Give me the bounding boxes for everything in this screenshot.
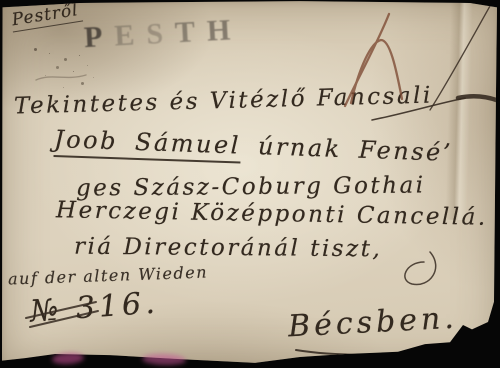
tiszt-loop (405, 252, 436, 285)
ink-speckles (34, 48, 37, 51)
destination-underline-tail (448, 353, 462, 359)
address-line-2-rest: úrnak Fensé’ (240, 132, 453, 167)
house-number: № 316. (29, 289, 160, 328)
address-line-2: Joob Sámuel úrnak Fensé’ (54, 127, 454, 165)
postmark-letter: E (114, 18, 148, 54)
postmark-pesth: PESTH (83, 13, 243, 55)
photo-backdrop: Pestről PESTH Tekintetes és Vitézlő Fanc… (0, 0, 500, 368)
address-line-1: Tekintetes és Vitézlő Fancsali (14, 85, 433, 119)
paper-crease (445, 0, 473, 220)
destination-underline-2 (356, 356, 458, 361)
destination-city: Bécsben. (287, 304, 458, 343)
recipient-name: Joob Sámuel (53, 125, 241, 164)
faint-smudge-wave (36, 75, 86, 80)
postmark-letter: T (174, 15, 208, 51)
cover-paper: Pestről PESTH Tekintetes és Vitézlő Fanc… (0, 0, 500, 368)
postmark-letter: H (206, 13, 243, 49)
address-line-3: ges Szász-Coburg Gothai (76, 174, 426, 200)
street-note: auf der alten Wieden (8, 265, 208, 288)
origin-note: Pestről (10, 2, 83, 33)
address-line-5: riá Directoránál tiszt, (74, 236, 382, 262)
seal-smudge (142, 353, 186, 366)
postmark-letter: S (145, 16, 175, 51)
postmark-letter: P (83, 20, 115, 56)
destination-underline-1 (296, 346, 468, 355)
address-line-4: Herczegi Középponti Cancellá. (56, 199, 488, 230)
